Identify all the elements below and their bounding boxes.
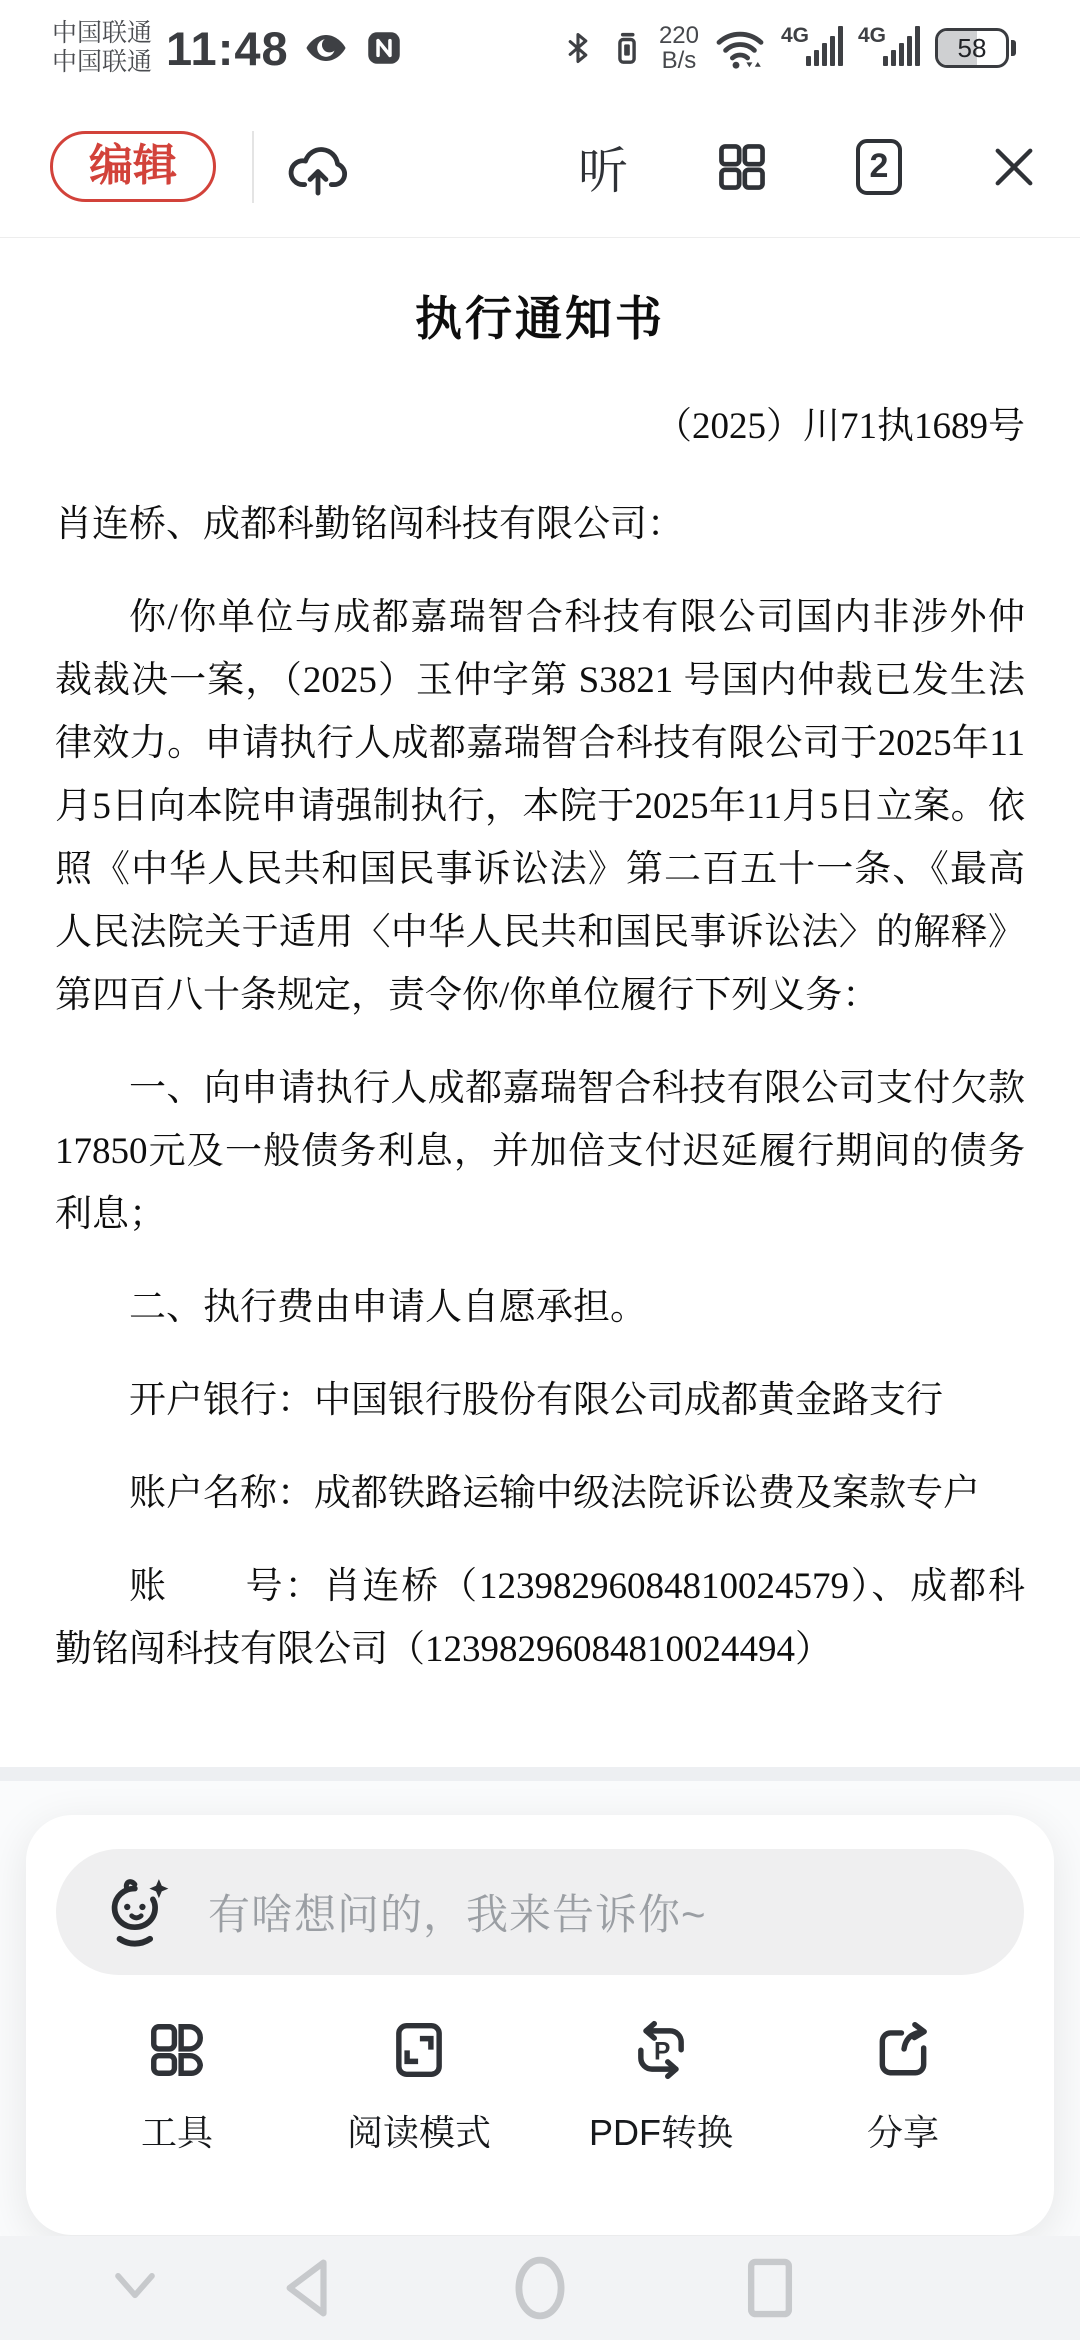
paragraph-account-name: 账户名称：成都铁路运输中级法院诉讼费及案款专户 (55, 1462, 1025, 1525)
paragraph-obligation-1: 一、向申请执行人成都嘉瑞智合科技有限公司支付欠款17850元及一般债务利息，并加… (55, 1057, 1025, 1246)
status-bar: 中国联通 中国联通 11:48 (0, 0, 1080, 96)
network-speed-value: 220 (659, 23, 699, 48)
network-speed-unit: B/s (662, 48, 697, 73)
battery-percent: 58 (958, 33, 987, 64)
pdf-convert-button[interactable]: P PDF转换 (540, 2019, 782, 2156)
battery-icon: 58 (935, 28, 1009, 68)
paragraph-addressee: 肖连桥、成都科勤铭闯科技有限公司： (55, 493, 1025, 556)
phone-screen: 中国联通 中国联通 11:48 (0, 0, 1080, 2340)
assistant-robot-icon (100, 1874, 176, 1950)
toolbar-divider (252, 131, 254, 203)
case-number: （2025）川71执1689号 (55, 395, 1025, 449)
back-button-icon[interactable] (277, 2253, 339, 2323)
signal-icon-sim2: 4G (858, 26, 920, 70)
eye-comfort-icon (303, 25, 349, 71)
tools-button[interactable]: 工具 (56, 2019, 298, 2156)
listen-button[interactable]: 听 (578, 131, 628, 203)
edit-button[interactable]: 编辑 (50, 131, 216, 201)
hide-navbar-icon[interactable] (106, 2268, 164, 2308)
section-divider (0, 1767, 1080, 1781)
assistant-input[interactable]: 有啥想问的，我来告诉你~ (56, 1849, 1024, 1975)
cloud-upload-icon[interactable] (284, 133, 352, 201)
document-page[interactable]: 执行通知书 （2025）川71执1689号 肖连桥、成都科勤铭闯科技有限公司： … (0, 238, 1080, 1767)
pdf-convert-label: PDF转换 (589, 2105, 733, 2156)
bottom-sheet: 有啥想问的，我来告诉你~ 工具 (0, 1781, 1080, 2340)
signal-icon-sim1: 4G (781, 26, 843, 70)
pdf-convert-icon: P (630, 2019, 692, 2081)
tab-count-button[interactable]: 2 (856, 139, 902, 195)
carrier-labels: 中国联通 中国联通 (52, 19, 152, 77)
close-icon[interactable] (988, 141, 1040, 193)
signal-4g-badge: 4G (781, 24, 809, 48)
tools-grid-icon (146, 2019, 208, 2081)
svg-text:P: P (654, 2038, 670, 2065)
widgets-grid-icon[interactable] (714, 139, 770, 195)
bluetooth-icon (561, 28, 595, 68)
document-title: 执行通知书 (55, 282, 1025, 349)
paragraph-body: 你/你单位与成都嘉瑞智合科技有限公司国内非涉外仲裁裁决一案，（2025）玉仲字第… (55, 586, 1025, 1027)
top-toolbar: 编辑 听 2 (0, 96, 1080, 238)
network-speed: 220 B/s (659, 23, 699, 73)
tools-label: 工具 (141, 2105, 213, 2156)
reading-mode-icon (388, 2019, 450, 2081)
reading-mode-label: 阅读模式 (347, 2105, 491, 2156)
home-button-icon[interactable] (509, 2249, 571, 2327)
wifi-icon (714, 26, 766, 70)
paragraph-account-number: 账 号：肖连桥（12398296084810024579）、成都科勤铭闯科技有限… (55, 1555, 1025, 1681)
battery-indicator: 58 (935, 28, 1016, 68)
assistant-placeholder: 有啥想问的，我来告诉你~ (208, 1882, 707, 1942)
share-label: 分享 (867, 2105, 939, 2156)
assistant-card: 有啥想问的，我来告诉你~ 工具 (26, 1815, 1054, 2235)
paragraph-obligation-2: 二、执行费由申请人自愿承担。 (55, 1276, 1025, 1339)
share-button[interactable]: 分享 (782, 2019, 1024, 2156)
paragraph-bank: 开户银行：中国银行股份有限公司成都黄金路支行 (55, 1369, 1025, 1432)
share-icon (872, 2019, 934, 2081)
navigation-bar (0, 2236, 1080, 2340)
signal-4g-badge: 4G (858, 24, 886, 48)
reading-mode-button[interactable]: 阅读模式 (298, 2019, 540, 2156)
clock: 11:48 (166, 21, 289, 76)
nfc-icon (363, 27, 405, 69)
device-status-icon (610, 28, 644, 68)
recents-button-icon[interactable] (741, 2252, 799, 2324)
action-row: 工具 阅读模式 (56, 2019, 1024, 2156)
carrier-line-2: 中国联通 (52, 48, 152, 77)
carrier-line-1: 中国联通 (52, 19, 152, 48)
